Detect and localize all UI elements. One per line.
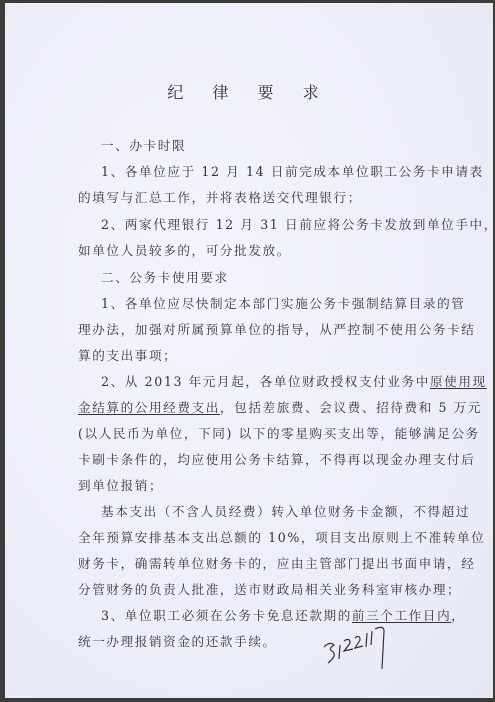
underlined-text: 原使用现 <box>430 374 487 389</box>
section2-item3-line2: 统一办理报销资金的还款手续。 <box>78 631 277 650</box>
section2-item3-line1: 3、单位职工必须在公务卡免息还款期的前三个工作日内， <box>101 605 465 624</box>
section2-item2-line1: 2、从 2013 年元月起，各单位财政授权支付业务中原使用现 <box>101 371 487 390</box>
scanned-document-page: 纪 律 要 求 一、办卡时限 1、各单位应于 12 月 14 日前完成本单位职工… <box>5 3 493 698</box>
section2-item2-line2: 金结算的公用经费支出，包括差旅费、会议费、招待费和 5 万元 <box>78 397 482 416</box>
document-title: 纪 律 要 求 <box>5 80 493 103</box>
section2-item1-line1: 1、各单位应尽快制定本部门实施公务卡强制结算目录的管 <box>101 293 465 312</box>
section1-heading: 一、办卡时限 <box>101 135 186 154</box>
section2-item1-line3: 算的支出事项； <box>78 345 177 364</box>
underlined-text: 前三个工作日内 <box>352 608 451 623</box>
text-segment: 3、单位职工必须在公务卡免息还款期的 <box>101 608 352 623</box>
text-segment: ，包括差旅费、会议费、招待费和 5 万元 <box>220 400 482 415</box>
section2-item2-line4: 卡刷卡条件的，均应使用公务卡结算，不得再以现金办理支付后 <box>78 449 475 468</box>
section1-item2-line2: 如单位人员较多的，可分批发放。 <box>78 240 291 259</box>
section2-item2-line3: (以人民币为单位，下同) 以下的零星购买支出等，能够满足公务 <box>78 423 480 442</box>
section2-para-line1: 基本支出（不含人员经费）转入单位财务卡金额，不得超过 <box>101 501 470 520</box>
section2-heading: 二、公务卡使用要求 <box>101 267 229 286</box>
underlined-text: 金结算的公用经费支出 <box>78 400 220 415</box>
section2-item2-line5: 到单位报销； <box>78 475 163 494</box>
section1-item1-line2: 的填写与汇总工作，并将表格送交代理银行； <box>78 187 362 206</box>
section2-item1-line2: 理办法，加强对所属预算单位的指导，从严控制不使用公务卡结 <box>78 319 475 338</box>
section1-item2-line1: 2、两家代理银行 12 月 31 日前应将公务卡发放到单位手中， <box>101 214 495 233</box>
section2-para-line2: 全年预算安排基本支出总额的 10%，项目支出原则上不准转单位 <box>78 527 485 546</box>
text-segment: 2、从 2013 年元月起，各单位财政授权支付业务中 <box>101 374 430 389</box>
section2-para-line3: 财务卡，确需转单位财务卡的，应由主管部门提出书面申请，经 <box>78 553 475 572</box>
text-segment: ， <box>451 608 465 623</box>
section2-para-line4: 分管财务的负责人批准，送市财政局相关业务科室审核办理； <box>78 579 461 598</box>
handwritten-signature-icon <box>320 625 400 675</box>
section1-item1-line1: 1、各单位应于 12 月 14 日前完成本单位职工公务卡申请表 <box>101 161 484 180</box>
